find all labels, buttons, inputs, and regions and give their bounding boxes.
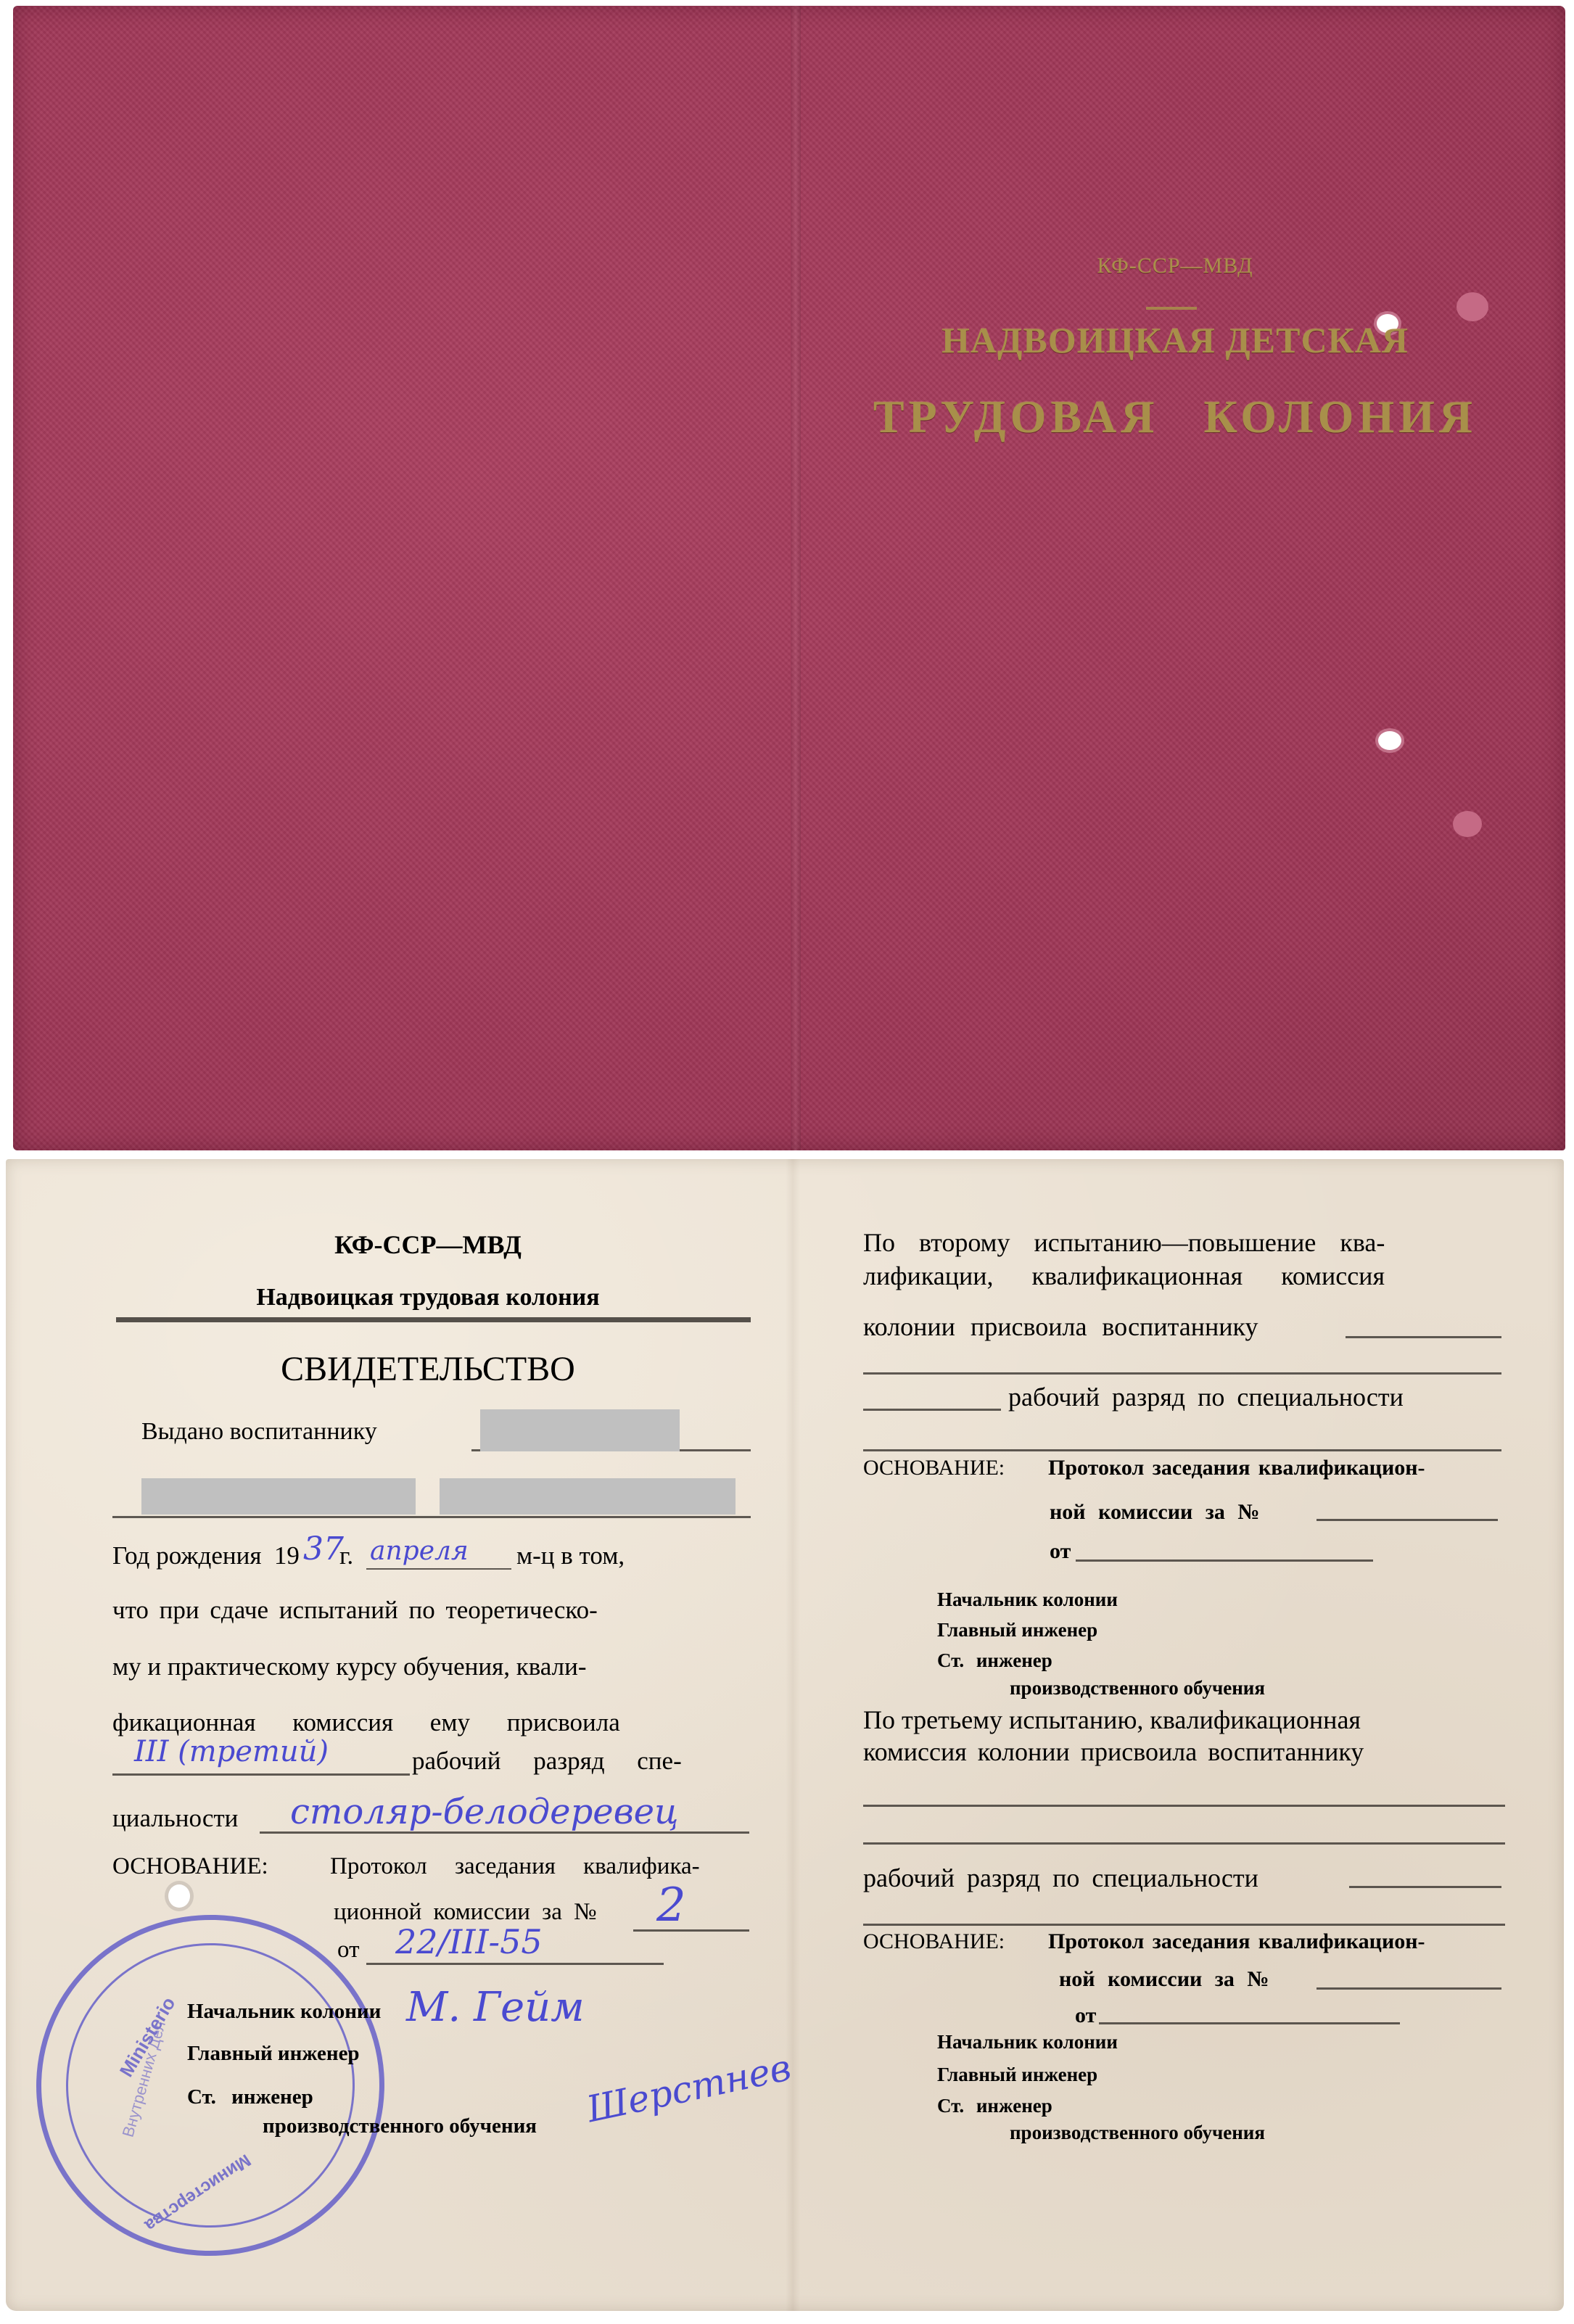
third-test-line-1: По третьему испытанию, квалификационная — [863, 1705, 1361, 1735]
redacted-name — [480, 1409, 680, 1451]
full-name-line — [112, 1516, 751, 1518]
recipient-line-1 — [1346, 1336, 1501, 1338]
month-suffix: м-ц в том, — [516, 1541, 625, 1570]
specialty-handwritten: столяр-белодеревец — [290, 1792, 679, 1832]
punch-hole-damaged — [1453, 811, 1482, 837]
second-test-line-2: лификации, квалификационная комиссия — [863, 1261, 1385, 1291]
third-signatory-senior-engineer: Ст. инженер — [937, 2095, 1052, 2117]
second-basis-text-1: Протокол заседания квалификацион- — [1048, 1456, 1425, 1480]
birth-year-handwritten: 37 — [303, 1530, 344, 1567]
birth-month-handwritten: апреля — [370, 1536, 469, 1566]
specialty-line-2 — [863, 1449, 1501, 1451]
punch-hole — [168, 1884, 190, 1908]
body-line-2: му и практическому курсу обучения, квали… — [112, 1652, 586, 1681]
cover-title-line2: ТРУДОВАЯ КОЛОНИЯ — [798, 390, 1552, 444]
punch-hole-damaged — [1456, 292, 1488, 321]
second-grade-suffix: рабочий разряд по специальности — [1008, 1382, 1404, 1412]
third-test-line-2: комиссия колонии присвоила воспитаннику — [863, 1736, 1364, 1767]
second-protocol-number-line — [1317, 1519, 1498, 1521]
third-signatory-chief-engineer: Главный инженер — [937, 2064, 1097, 2086]
protocol-date-line — [366, 1963, 664, 1965]
second-basis-label: ОСНОВАНИЕ: — [863, 1456, 1005, 1480]
from-label: от — [337, 1937, 360, 1964]
second-signatory-head: Начальник колонии — [937, 1589, 1118, 1611]
second-protocol-date-line — [1076, 1559, 1373, 1562]
grade-line-2 — [863, 1409, 1001, 1411]
third-signatory-senior-engineer-2: производственного обучения — [1010, 2122, 1265, 2144]
basis-text-1: Протокол заседания квалифика- — [330, 1853, 700, 1880]
third-recipient-line-2 — [863, 1842, 1505, 1845]
basis-label: ОСНОВАНИЕ: — [112, 1853, 268, 1880]
issued-label: Выдано воспитаннику — [141, 1418, 377, 1446]
redacted-patronymic — [440, 1478, 736, 1515]
document-cover — [13, 6, 1565, 1150]
protocol-number-line — [633, 1929, 749, 1932]
birth-month-line — [366, 1568, 511, 1570]
cover-title-line1: НАДВОИЦКАЯ ДЕТСКАЯ — [798, 319, 1552, 361]
second-basis-text-2: ной комиссии за № — [1050, 1500, 1260, 1525]
grade-suffix: рабочий разряд спе- — [412, 1747, 682, 1776]
third-recipient-line-1 — [863, 1805, 1505, 1807]
second-signatory-senior-engineer-2: производственного обучения — [1010, 1677, 1265, 1699]
grade-handwritten: III (третий) — [134, 1735, 329, 1768]
birth-year-label-text: Год рождения — [112, 1541, 261, 1570]
left-org: КФ-ССР—МВД — [109, 1229, 747, 1260]
stamp-text-top: Ministerio — [115, 1993, 181, 2081]
recipient-line-2 — [863, 1372, 1501, 1375]
second-from-label: от — [1050, 1539, 1071, 1564]
header-rule — [116, 1317, 751, 1322]
second-signatory-chief-engineer: Главный инженер — [937, 1619, 1097, 1641]
third-basis-text-1: Протокол заседания квалификацион- — [1048, 1929, 1425, 1954]
third-basis-label: ОСНОВАНИЕ: — [863, 1929, 1005, 1954]
protocol-date-handwritten: 22/III-55 — [395, 1922, 543, 1961]
signatory-senior-engineer: Ст. инженер — [187, 2085, 313, 2109]
stamp-text-bottom: Министерства — [141, 2149, 255, 2235]
cover-divider — [1146, 307, 1197, 310]
third-basis-text-2: ной комиссии за № — [1059, 1967, 1269, 1992]
birth-year-label: Год рождения 19 — [112, 1541, 300, 1570]
body-line-3: фикационная комиссия ему присвоила — [112, 1708, 620, 1737]
third-protocol-date-line — [1099, 2022, 1400, 2024]
specialty-label: циальности — [112, 1804, 238, 1833]
second-signatory-senior-engineer: Ст. инженер — [937, 1649, 1052, 1672]
body-line-1: что при сдаче испытаний по теоретическо- — [112, 1596, 598, 1625]
third-specialty-line-2 — [863, 1924, 1505, 1926]
signatory-senior-engineer-2: производственного обучения — [263, 2114, 537, 2138]
punch-hole — [1378, 731, 1401, 750]
left-institution: Надвоицкая трудовая колония — [109, 1284, 747, 1311]
cover-spine — [791, 6, 801, 1150]
stamp-text-mid: Внутренних Дел — [119, 2019, 170, 2139]
third-from-label: от — [1075, 2003, 1096, 2028]
third-signatory-head: Начальник колонии — [937, 2031, 1118, 2053]
third-grade-suffix: рабочий разряд по специальности — [863, 1863, 1258, 1893]
signatory-chief-engineer: Главный инженер — [187, 2042, 360, 2066]
grade-line — [112, 1773, 410, 1776]
signature-head: М. Гейм — [406, 1984, 585, 2031]
protocol-number-handwritten: 2 — [656, 1879, 686, 1932]
certificate-title: СВИДЕТЕЛЬСТВО — [109, 1349, 747, 1389]
cover-org-line: КФ-ССР—МВД — [798, 254, 1552, 279]
third-protocol-number-line — [1317, 1987, 1501, 1990]
second-test-line-3: колонии присвоила воспитаннику — [863, 1311, 1258, 1342]
second-test-line-1: По второму испытанию—повышение ква- — [863, 1227, 1385, 1258]
birth-year-prefix: 19 — [274, 1541, 300, 1570]
third-specialty-line-1 — [1349, 1886, 1501, 1888]
signatory-head: Начальник колонии — [187, 2000, 381, 2024]
year-suffix: г. — [339, 1541, 353, 1570]
redacted-surname — [141, 1478, 416, 1515]
